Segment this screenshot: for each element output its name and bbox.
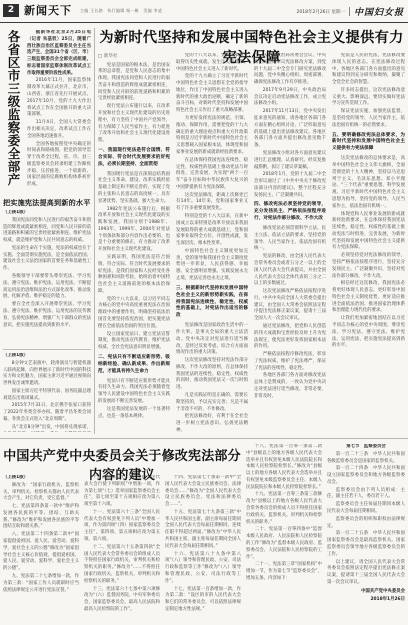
body-paragraph: 党的十九大确立了习近平新时代中国特色社会主义思想在全党的指导地位，作出了中国特色… <box>176 74 248 115</box>
body-paragraph: 严格依法按程序修改宪法，彰显了宪法权威，维护了宪法尊严，保证了宪法的连续性、稳定… <box>254 352 326 372</box>
body-paragraph: 监察委员会的组织和职权由法律规定。 <box>327 517 405 531</box>
body-paragraph: 相信经过这次修改，我国宪法必将更好体现人民意志，更好彰显中国特色社会主义制度优势… <box>332 281 405 315</box>
body-paragraph: 中国特色社会主义制度更加完善，党的领导和我国社会主义制度优势进一步彰显，人民获得… <box>176 249 248 283</box>
body-paragraph: 这次宪法修改严格依法按程序进行。中共中央向全国人大常委会提出建议，由全国人大常委… <box>254 289 326 323</box>
body-paragraph: 2016年11月，国家监察体制改革大幕正式拉开，北京市、山西省、浙江省先行开展试… <box>27 78 91 119</box>
section-heading: 一、我国现行宪法是符合国情、符合实际、符合时代发展要求的好宪法，必须长期坚持、全… <box>98 148 170 169</box>
left-story2-body: （上接1版）我国宪法同党和人民进行的艰苦奋斗和创造的辉煌成就紧密相连，同党和人民… <box>3 210 91 345</box>
lead-article-column-1: □ 新华社宪法是国家的根本法，是治国安邦的总章程，是党和人民意志的集中体现。我国… <box>98 53 170 433</box>
body-paragraph: 修改为：“国家行政机关、监察机关、审判机关、检察机关都由人民代表大会产生，对它负… <box>3 483 79 503</box>
lead-article-column-2: 党的十八大以来，党和国家事业取得历史性成就、发生历史性变革，中国特色社会主义进入… <box>176 53 248 433</box>
body-paragraph: 各地区各部门各方面对修改宪法总体上是赞成的，一致认为党中央决定对宪法进行适当修改… <box>254 373 326 400</box>
vertical-headline-supervisory-commissions: 各省区市三级监察委全部产生 <box>2 30 24 198</box>
paper-name: 中国妇女报 <box>354 5 404 18</box>
body-paragraph: 二十、宪法第一百零四条中“监督本级人民政府、人民法院和人民检察院的工作”修改为“… <box>246 527 322 561</box>
body-paragraph: 这次宪法修改坚持对宪法作部分修改、不作大改的原则，在总体保持我国宪法的连续性、稳… <box>176 358 248 392</box>
body-paragraph: 监察委员会主任每届任期同本级人民代表大会每届任期相同。 <box>327 502 405 516</box>
body-paragraph: 九、宪法第二十七条增加一款，作为第三款：“国家工作人员就职时应当依照法律规定公开… <box>3 574 79 594</box>
body-paragraph: 第一百二十五条 中华人民共和国国家监察委员会是最高监察机关。国家监察委员会领导地… <box>327 531 405 558</box>
body-paragraph: 宪法修改是国家政治生活中的一件大事，是事关全局的重大立法活动。党中央决定对宪法进… <box>176 323 248 357</box>
body-paragraph: 十、宪法第六十二条“全国人民代表大会行使下列职权”中增加一项，作为第七项“（七）… <box>84 475 160 509</box>
body-paragraph: 宪法只有不断适应新形势才能具有持久生命力。我国宪法必须随着党领导人民建设中国特色… <box>98 379 170 406</box>
body-paragraph: 党的十八大以来，以习近平同志为核心的党中央高度重视宪法在治国理政中的重要作用，明… <box>98 297 170 331</box>
body-paragraph: 七、宪法第四条第一款中“维护和发展各民族的平等、团结、互助关系。”修改为“维护和… <box>3 504 79 531</box>
body-paragraph: 2017年9月29日，中央政治局会议决定启动宪法修改工作，成立宪法修改小组。 <box>254 88 326 108</box>
body-paragraph: 国家主席习近平特别代表、国务院副总理刘延东出席闭幕式。 <box>3 389 91 403</box>
continued-marker: （上接1版） <box>3 475 79 482</box>
body-paragraph: 为更好发挥宪法的规范、引领、推动、保障作用，需要把党的十九大确定的重大理论观点和… <box>176 116 248 157</box>
body-paragraph: 从“北京8分钟”出发，中国将兑现承诺，为世界奉献一届精彩、非凡、卓越的冬奥盛会。 <box>3 425 91 432</box>
body-paragraph: 宪法的生命在于实施，宪法的权威也在于实施。全面贯彻实施宪法，是全面依法治国、建设… <box>3 246 91 273</box>
signature-line: 2018年1月26日 <box>327 597 405 604</box>
left-story2-headline: 把实施宪法提高到新的水平 <box>3 198 92 208</box>
body-paragraph: 特别是党的十八大以来，在新中国成立以来特别是改革开放以来我国发展取得的重大成就基… <box>176 214 248 248</box>
left-story1-body: 据新华社北京2月25日电（记者 朱基钗）25日，随着广西壮族自治区监察委员会主任… <box>27 30 91 193</box>
body-paragraph: 宪法的修改，由全国人民代表大会常务委员会或者五分之一以上的全国人民代表大会代表提… <box>254 254 326 288</box>
body-paragraph: 从中央政治局常委会会议、中央政治局会议审议宪法修改方案，到党的十九届二中全会专门… <box>254 53 326 87</box>
proposal-column-4: 十八、宪法第一百零一条第二款中“县级以上的地方各级人民代表大会选举并且有权罢免本… <box>246 444 322 618</box>
byline: □ 新华社 <box>98 53 170 60</box>
body-paragraph: 我国现行宪法是在深刻总结我国社会主义革命、建设、改革实践经验基础上制定和不断完善… <box>98 172 170 206</box>
body-paragraph: 许多同志提出，这次宪法修改意义重大、影响深远，要切实做好宪法学习宣传贯彻工作。 <box>332 88 405 108</box>
section-heading: 三、根据新时代坚持和发展中国特色社会主义的新形势新实践，在保持我国宪法连续性、稳… <box>176 286 248 320</box>
proposal-column-5: 第七节 监察委员会第一百二十三条 中华人民共和国各级监察委员会是国家的监察机关。… <box>327 444 405 618</box>
proposal-column-1: （上接1版）修改为：“国家行政机关、监察机关、审判机关、检察机关都由人民代表大会… <box>3 475 79 618</box>
body-paragraph: 把宪法修改好，有利于在全社会进一步树立宪法意识、弘扬宪法精神。 <box>176 414 248 433</box>
lead-paragraph: 据新华社北京2月25日电（记者 朱基钗）25日，随着广西壮族自治区监察委员会主任… <box>27 30 91 77</box>
continued-marker: （上接1版） <box>3 210 91 217</box>
body-paragraph: 宪法修改小组对各方面意见建议进行汇总梳理、认真研究，经反复推敲斟酌，拟订了建议草… <box>254 151 326 171</box>
body-paragraph: 十六、宪法第八十九条中第八项“（八）领导和管理民政、公安、司法行政和监察等工作”… <box>165 552 241 586</box>
section-heading: 四、修改宪法必须坚持党的领导，充分发扬民主、严格依法按程序进行，对宪法作部分修改… <box>254 202 326 223</box>
body-paragraph: 8分钟文艺表演中，轮滑演员与智能机器人联袂起舞，向世界展示了新时代中国的科技实力… <box>3 361 91 388</box>
section-heading: 二、宪法只有不断适应新形势、吸纳新经验、确认新成果、作出新规范，才能具有持久生命… <box>98 355 170 376</box>
body-paragraph: 让我们更加紧密地团结在以习近平同志为核心的党中央周围，尊崇宪法、学习宪法、遵守宪… <box>332 316 405 350</box>
article-divider <box>0 438 408 439</box>
body-paragraph: 监察委员会由下列人员组成：主任，副主任若干人，委员若干人。 <box>327 488 405 502</box>
body-paragraph: 我国宪法同党和人民进行的艰苦奋斗和创造的辉煌成就紧密相连，同党和人民开辟的前进道… <box>3 218 91 245</box>
body-paragraph: 1982年宪法公布施行后，根据改革开放和社会主义现代化建设的实践和发展，我国分别… <box>98 207 170 254</box>
body-paragraph: 必须坚持党对宪法修改的领导，坚持严格依法按程序进行，坚持充分发扬民主、广泛凝聚共… <box>332 253 405 280</box>
signature-line: 中国共产党中央委员会 <box>327 589 405 596</box>
body-paragraph: 八、宪法第二十四条第二款中“国家提倡爱祖国、爱人民、爱劳动、爱科学、爱社会主义的… <box>3 532 79 573</box>
lead-article-column-3: 从中央政治局常委会会议、中央政治局会议审议宪法修改方案，到党的十九届二中全会专门… <box>254 53 326 433</box>
body-paragraph: 二十一、宪法第三章“国家机构”中增加一节，作为第七节“监察委员会”，增加五条。内… <box>246 562 322 582</box>
proposal-column-2: 十、宪法第六十二条“全国人民代表大会行使下列职权”中增加一项，作为第七项“（七）… <box>84 475 160 618</box>
body-paragraph: 修改宪法必须贯彻科学立法、民主立法、依法立法的要求，坚持党的领导、人民当家作主、… <box>254 226 326 253</box>
body-paragraph: 第一百二十三条 中华人民共和国各级监察委员会是国家的监察机关。 <box>327 452 405 466</box>
body-paragraph: 通过宪法修改，把党和人民创造的伟大成就和宝贵经验及时上升为宪法规定，使宪法更好发… <box>254 324 326 351</box>
body-paragraph: 十一、宪法第六十三条“全国人民代表大会有权罢免下列人员”中增加一项，作为第四项“… <box>84 510 160 544</box>
header-rule <box>0 22 408 23</box>
page-number-badge: 2 <box>3 4 19 17</box>
lead-article-column-4: 宪法是人民的宪法，宪法修改要体现人民的意志。在宪法修改过程中，各地区各部门各方面… <box>332 53 405 433</box>
issue-date: 2018年2月26日 星期一 <box>297 9 345 15</box>
body-paragraph: 11月4日，全国人大常委会作出相关决定，改革试点工作在全国各地迅速推开。 <box>27 120 91 140</box>
body-paragraph: 各级领导干部要带头尊崇宪法、学习宪法、遵守宪法、维护宪法、运用宪法，不断提高运用… <box>3 274 91 301</box>
body-paragraph: 设立国家宪法日，建立宪法宣誓制度，推动宪法宣传教育，维护宪法权威，全社会宪法意识… <box>98 332 170 352</box>
sub-heading: 第七节 监察委员会 <box>327 444 405 451</box>
body-paragraph: 十四、宪法第七十条第一款中“全国人民代表大会设立民族委员会、法律委员会……”修改… <box>165 475 241 509</box>
body-paragraph: 第一百二十四条 中华人民共和国设立国家监察委员会和地方各级监察委员会。 <box>327 466 405 486</box>
body-paragraph: 宪法是国家的根本法，是治国安邦的总章程，是党和人民意志的集中体现。我国宪法同党和… <box>98 63 170 104</box>
body-paragraph: 十三、宪法第六十七条中第六项修改为“（六）监督国务院、中央军事委员会、国家监察委… <box>84 587 160 614</box>
body-paragraph: 党的十八大以来，党和国家事业取得历史性成就、发生历史性变革，中国特色社会主义进入… <box>176 53 248 73</box>
body-paragraph: 在总体保持我国宪法连续性、稳定性、权威性的基础上推动宪法与时俱进、完善发展，为实… <box>176 158 248 192</box>
section-title: 新闻天下 <box>24 2 72 18</box>
masthead-right: 2018年2月26日 星期一 中国妇女报 <box>297 5 405 18</box>
body-paragraph: 这次宪法修改的总体要求是，高举中国特色社会主义伟大旗帜，全面贯彻党的十九大精神，… <box>332 156 405 210</box>
body-paragraph: 凡是实践证明是正确的、需要长期坚持的，予以充实完善；凡是不属于非改不可的，不作修… <box>176 393 248 413</box>
body-paragraph: 体现党和人民事业发展的新成就新经验新要求，在总体保持我国宪法连续性、稳定性、权威… <box>332 212 405 253</box>
left-story3-body: （上接1版）8分钟文艺表演中，轮滑演员与智能机器人联袂起舞，向世界展示了新时代中… <box>3 353 91 432</box>
body-paragraph: 十七、宪法第一百条增加一款，作为第二款：“设区的市的人民代表大会和它们的常务委员… <box>165 587 241 614</box>
left-story-divider <box>3 349 91 350</box>
body-paragraph: 宪法是人民的宪法，宪法修改要体现人民的意志。在宪法修改过程中，各地区各部门各方面… <box>332 53 405 87</box>
body-paragraph: 十五、宪法第七十九条第三款“中华人民共和国主席、副主席每届任期同全国人民代表大会… <box>165 510 241 551</box>
body-paragraph: 实践证明，我国宪法是符合国情、符合实际、符合时代发展要求的好宪法，是我们国家和人… <box>98 255 170 296</box>
body-paragraph: 2015年7月31日，北京携手张家口获得了2022年冬奥会举办权。随着平昌冬奥会… <box>3 403 91 423</box>
body-paragraph: 2017年11月13日，党中央发出征求意见的通知，请各地区各部门各方面在精心组织… <box>254 109 326 150</box>
body-paragraph: 十二、宪法第六十五条第四款“全国人民代表大会常务委员会的组成人员不得担任国家行政… <box>84 545 160 586</box>
masthead-credits: 主编 王长路 执行编辑 杨一帆 美编 李凌 <box>80 8 162 14</box>
header-separator <box>349 7 350 16</box>
body-paragraph: 全国各地按照党中央确定的时间表和路线图，把党的领导贯穿于改革全过程，省、市、县三… <box>27 142 91 189</box>
section-heading: 五、要明确修改宪法总体要求，为新时代坚持和发展中国特色社会主义提供有力宪法保障 <box>332 133 405 154</box>
body-paragraph: 2018年1月，党的十九届二中全会审议通过了《中共中央关于修改宪法部分内容的建议… <box>254 172 326 199</box>
newspaper-page: 2 新闻天下 主编 王长路 执行编辑 杨一帆 美编 李凌 2018年2月26日 … <box>0 0 408 625</box>
body-paragraph: 这次宪法修改，距离上次修宪已有14年。14年来，党和国家事业又有了许多重要发展变… <box>176 193 248 213</box>
body-paragraph: 十九、宪法第一百零三条第三款修改为“县级以上的地方各级人民代表大会常务委员会的组… <box>246 492 322 526</box>
body-paragraph: 现行宪法公布施行以来，在改革开放和社会主义现代化建设的历史进程中，有力坚持了中国… <box>98 104 170 145</box>
proposal-column-3: 十四、宪法第七十条第一款中“全国人民代表大会设立民族委员会、法律委员会……”修改… <box>165 475 241 618</box>
body-paragraph: 要在全社会深入开展尊崇宪法、学习宪法、遵守宪法、维护宪法、运用宪法的宣传教育，弘… <box>3 302 91 329</box>
body-paragraph: 十八、宪法第一百零一条第二款中“县级以上的地方各级人民代表大会选举并且有权罢免本… <box>246 444 322 491</box>
body-paragraph: 以上建议，请全国人民代表大会常务委员会依照法定程序提出宪法修正案议案，提请第十三… <box>327 560 405 587</box>
left-column-divider <box>94 28 95 434</box>
body-paragraph: 这是我国宪法发展的一个显著特点，也是一条基本规律。 <box>98 407 170 421</box>
continued-marker: （上接1版） <box>3 353 91 360</box>
body-paragraph: 保证宪法实施，加强宪法监督，是坚持党的领导、人民当家作主、依法治国有机统一的必然… <box>332 109 405 129</box>
